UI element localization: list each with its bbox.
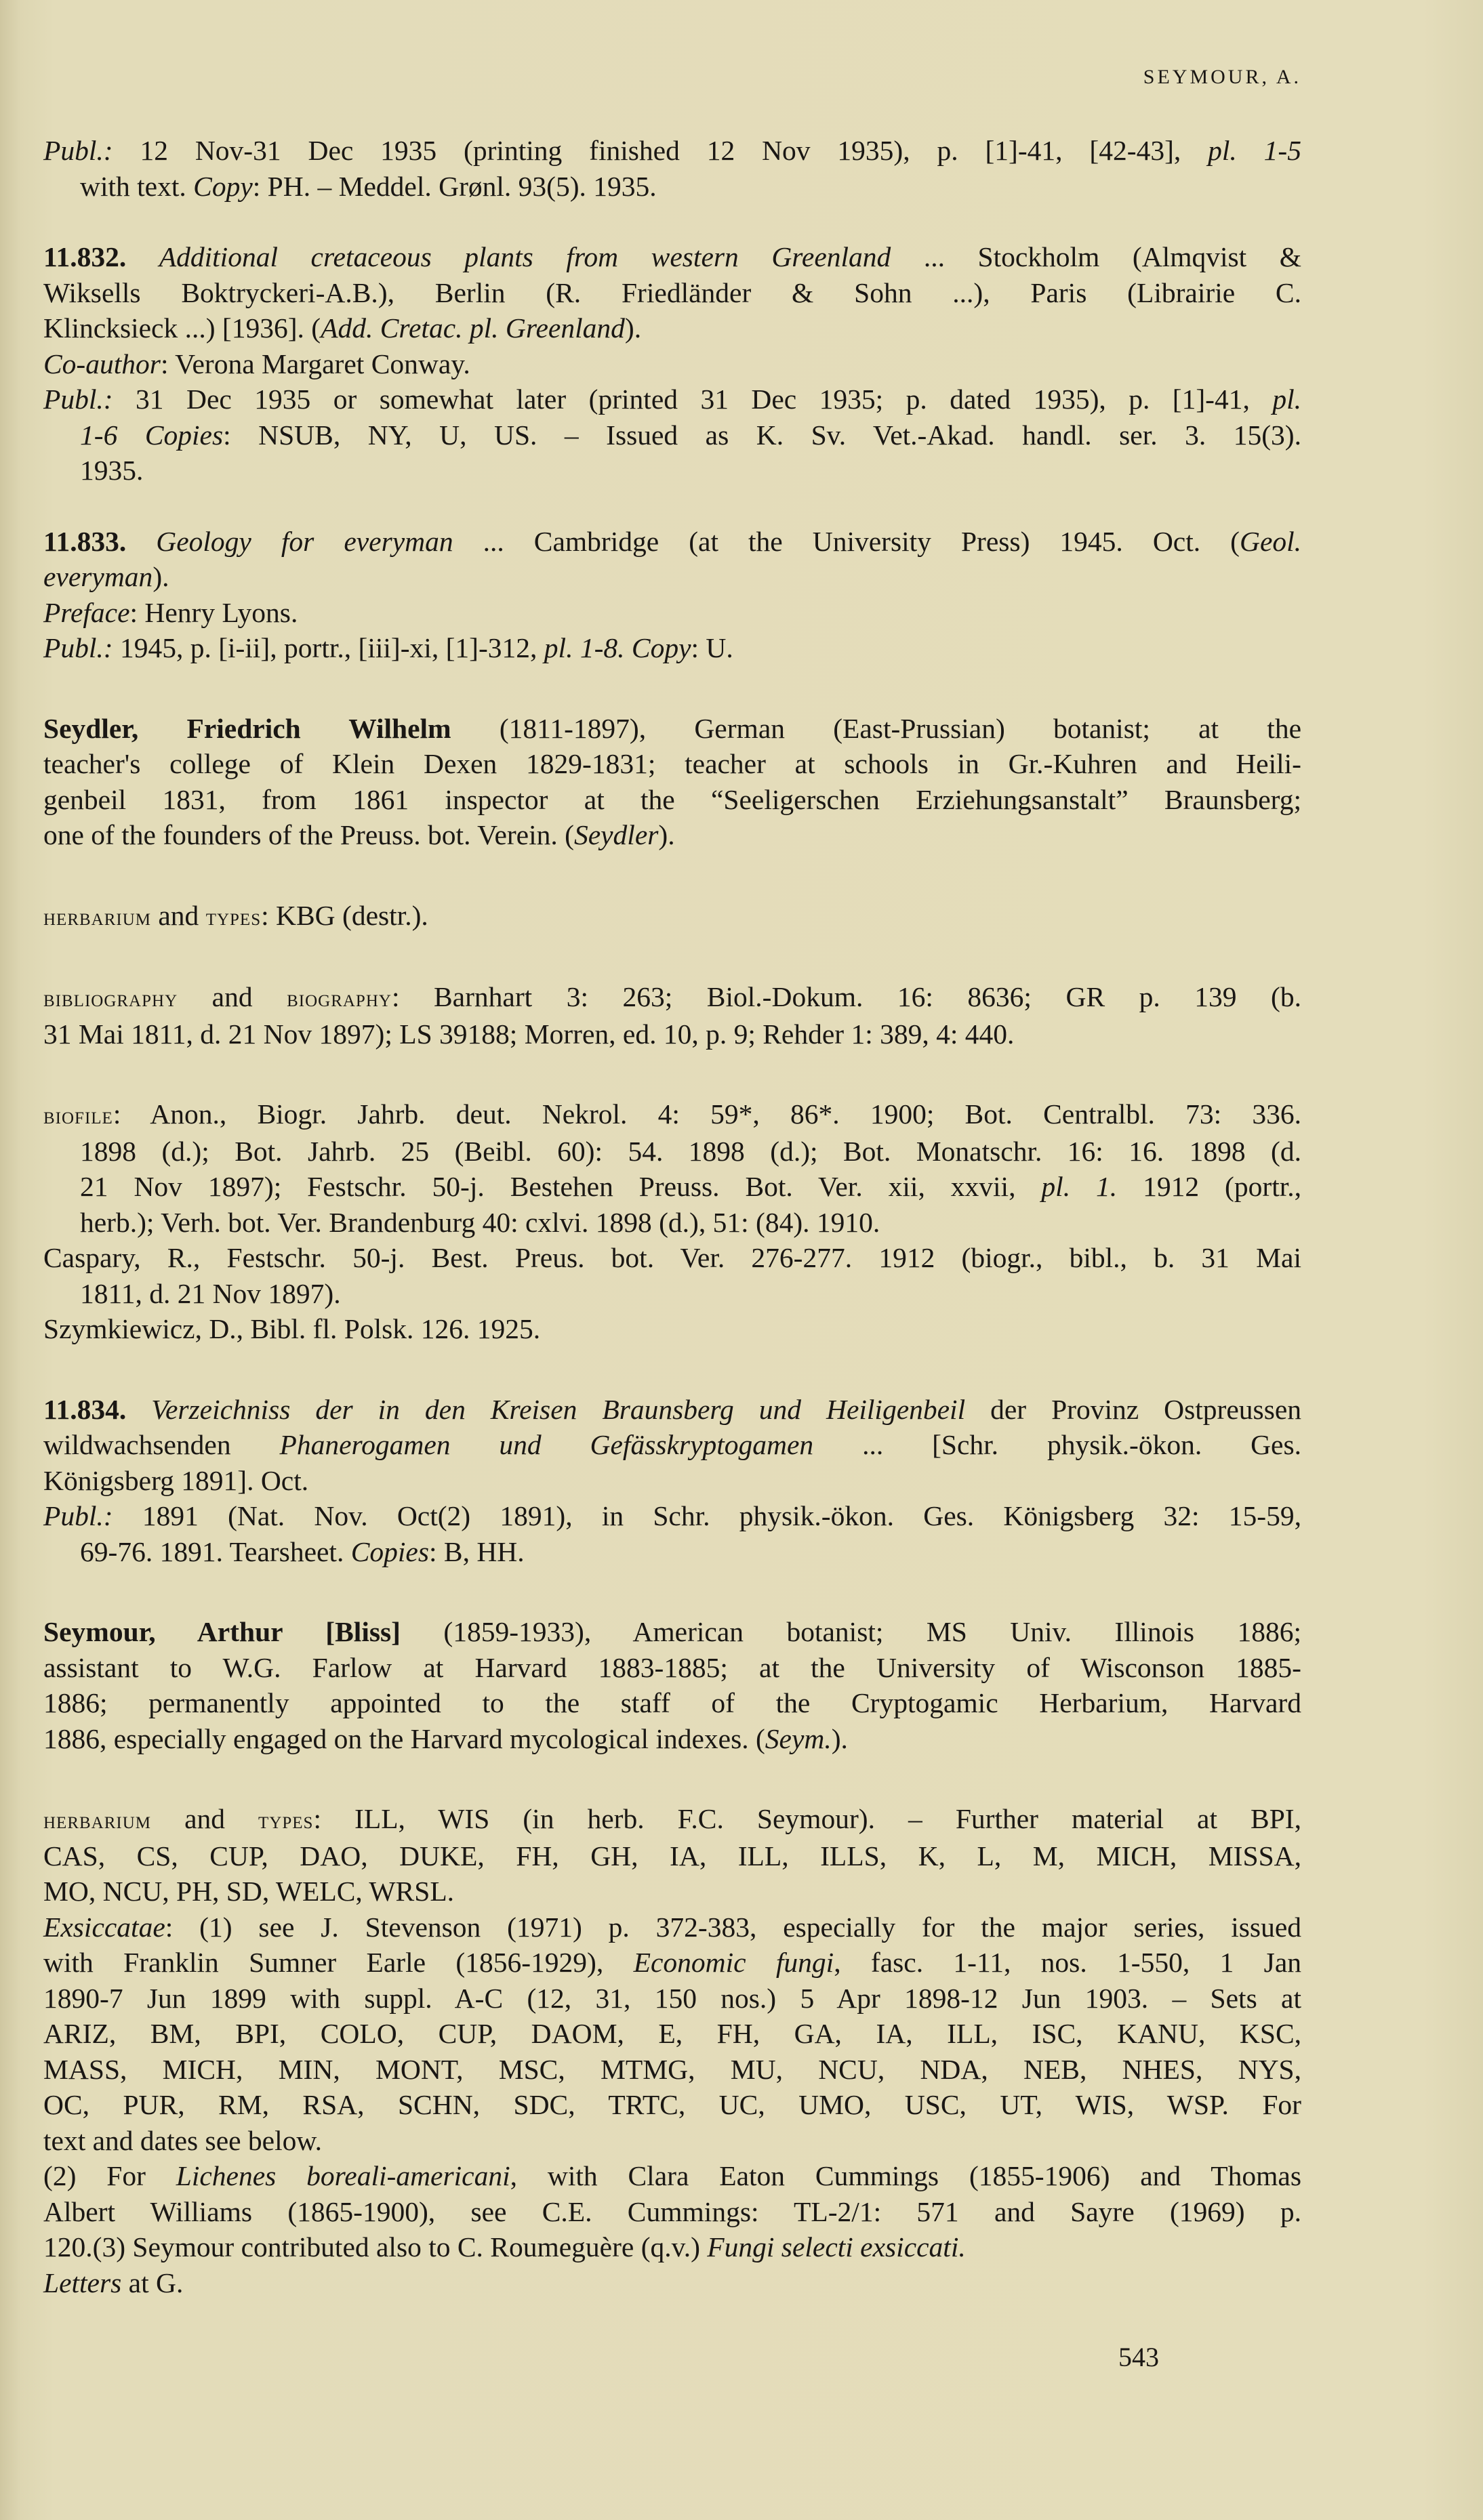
page-body: Publ.: 12 Nov-31 Dec 1935 (printing fini… [43,133,1301,2336]
biography-seymour: Seymour, Arthur [Bliss] (1859-1933), Ame… [43,1614,1301,1756]
entry-number: 11.832. [43,241,126,272]
seymour-herbarium: herbarium and types: ILL, WIS (in herb. … [43,1801,1301,2300]
seydler-biofile: biofile: Anon., Biogr. Jahrb. deut. Nekr… [43,1096,1301,1347]
entry-11-832: 11.832. Additional cretaceous plants fro… [43,239,1301,489]
entry-11-831-tail: Publ.: 12 Nov-31 Dec 1935 (printing fini… [43,133,1301,204]
biography-seydler: Seydler, Friedrich Wilhelm (1811-1897), … [43,711,1301,853]
entry-title: Additional cretaceous plants from wester… [159,241,891,272]
entry-title: Geology for everyman [156,526,453,557]
entry-11-833: 11.833. Geology for everyman ... Cambrid… [43,524,1301,666]
page-number: 543 [1118,2341,1159,2373]
entry-title: Verzeichniss der in den Kreisen Braunsbe… [151,1394,965,1425]
entry-number: 11.834. [43,1394,126,1425]
seydler-bibliography: bibliography and biography: Barnhart 3: … [43,979,1301,1052]
entry-number: 11.833. [43,526,126,557]
entry-11-834: 11.834. Verzeichniss der in den Kreisen … [43,1392,1301,1570]
person-name: Seydler, Friedrich Wilhelm [43,713,451,744]
running-head: SEYMOUR, A. [1143,66,1301,89]
seydler-herbarium: herbarium and types: KBG (destr.). [43,898,1301,935]
person-name: Seymour, Arthur [Bliss] [43,1616,401,1647]
